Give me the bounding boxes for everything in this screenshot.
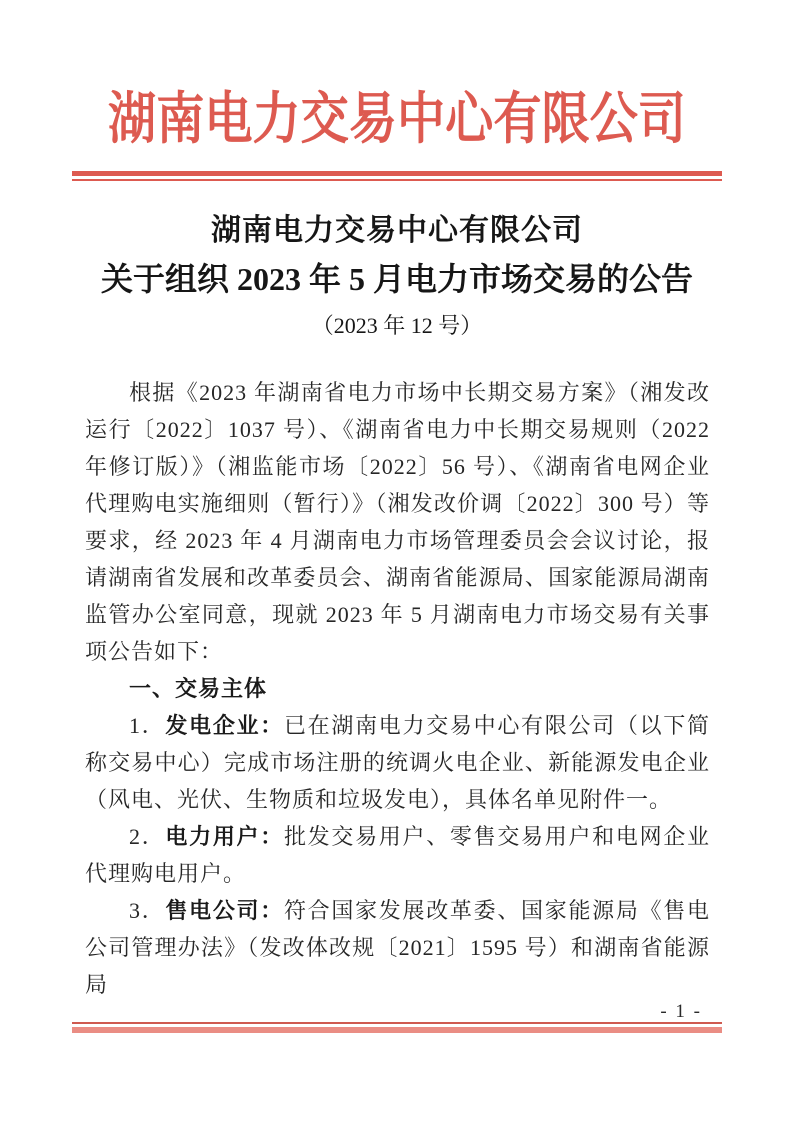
section-heading-trading-entities: 一、交易主体 <box>85 670 710 707</box>
page-number: - 1 - <box>660 1000 702 1024</box>
footer-divider-line <box>72 1022 722 1033</box>
document-page: 湖南电力交易中心有限公司 湖南电力交易中心有限公司 关于组织 2023 年 5 … <box>0 0 794 1123</box>
doc-title-line1: 湖南电力交易中心有限公司 <box>0 208 794 254</box>
doc-title-block: 湖南电力交易中心有限公司 关于组织 2023 年 5 月电力市场交易的公告 （2… <box>0 208 794 348</box>
item-number: 1． <box>129 713 165 738</box>
intro-paragraph: 根据《2023 年湖南省电力市场中长期交易方案》（湘发改运行〔2022〕1037… <box>85 374 710 670</box>
item-term: 发电企业： <box>165 713 284 738</box>
doc-number: （2023 年 12 号） <box>0 304 794 348</box>
letterhead-company-name: 湖南电力交易中心有限公司 <box>0 86 794 154</box>
doc-body: 根据《2023 年湖南省电力市场中长期交易方案》（湘发改运行〔2022〕1037… <box>85 374 710 1003</box>
item-number: 2． <box>129 824 165 849</box>
doc-title-line2: 关于组织 2023 年 5 月电力市场交易的公告 <box>0 254 794 304</box>
list-item-power-users: 2．电力用户：批发交易用户、零售交易用户和电网企业代理购电用户。 <box>85 818 710 892</box>
item-number: 3． <box>129 898 165 923</box>
list-item-generation-enterprises: 1．发电企业：已在湖南电力交易中心有限公司（以下简称交易中心）完成市场注册的统调… <box>85 707 710 818</box>
letterhead-company-text: 湖南电力交易中心有限公司 <box>108 86 686 154</box>
list-item-electricity-retailers: 3．售电公司：符合国家发展改革委、国家能源局《售电公司管理办法》（发改体改规〔2… <box>85 892 710 1003</box>
letterhead-divider-line <box>72 171 722 181</box>
item-term: 电力用户： <box>165 824 284 849</box>
item-term: 售电公司： <box>165 898 284 923</box>
